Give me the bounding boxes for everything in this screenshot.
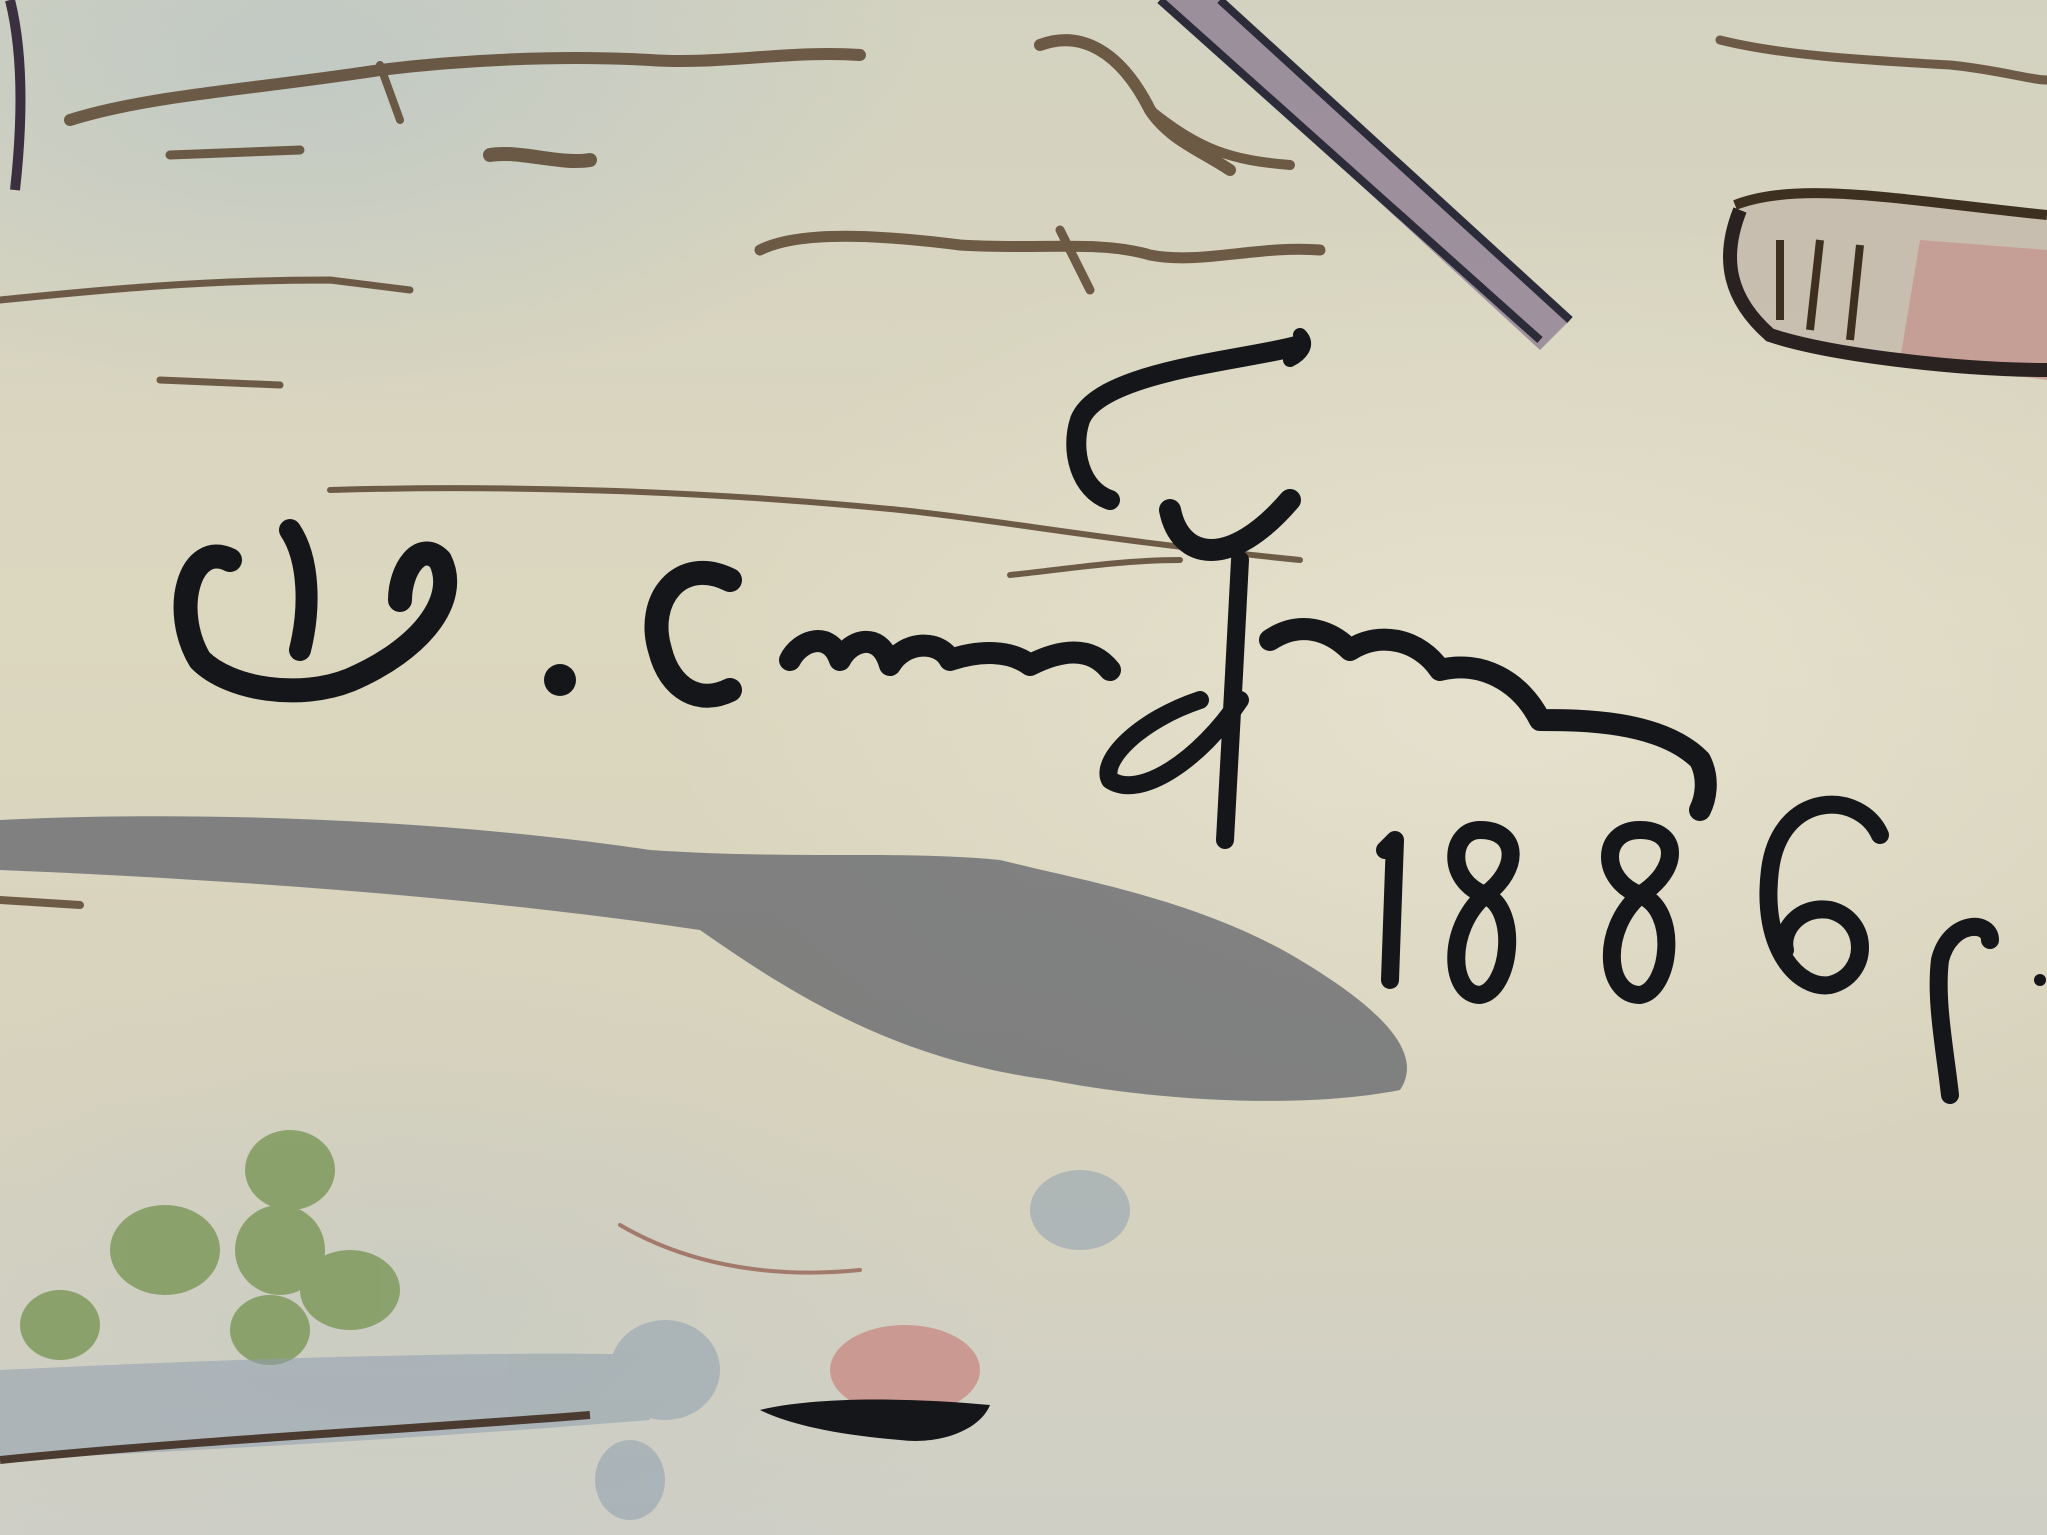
black-ink-blot [760,1400,990,1441]
ink-signature [186,335,1706,840]
ink-date [1385,805,2046,1095]
pencil-smudge [0,816,1407,1101]
boat-sketch [1730,193,2047,380]
green-leaves [20,1130,400,1365]
left-edge-stroke [10,0,20,190]
artwork [0,0,2047,1535]
diagonal-pole [1160,0,1570,350]
